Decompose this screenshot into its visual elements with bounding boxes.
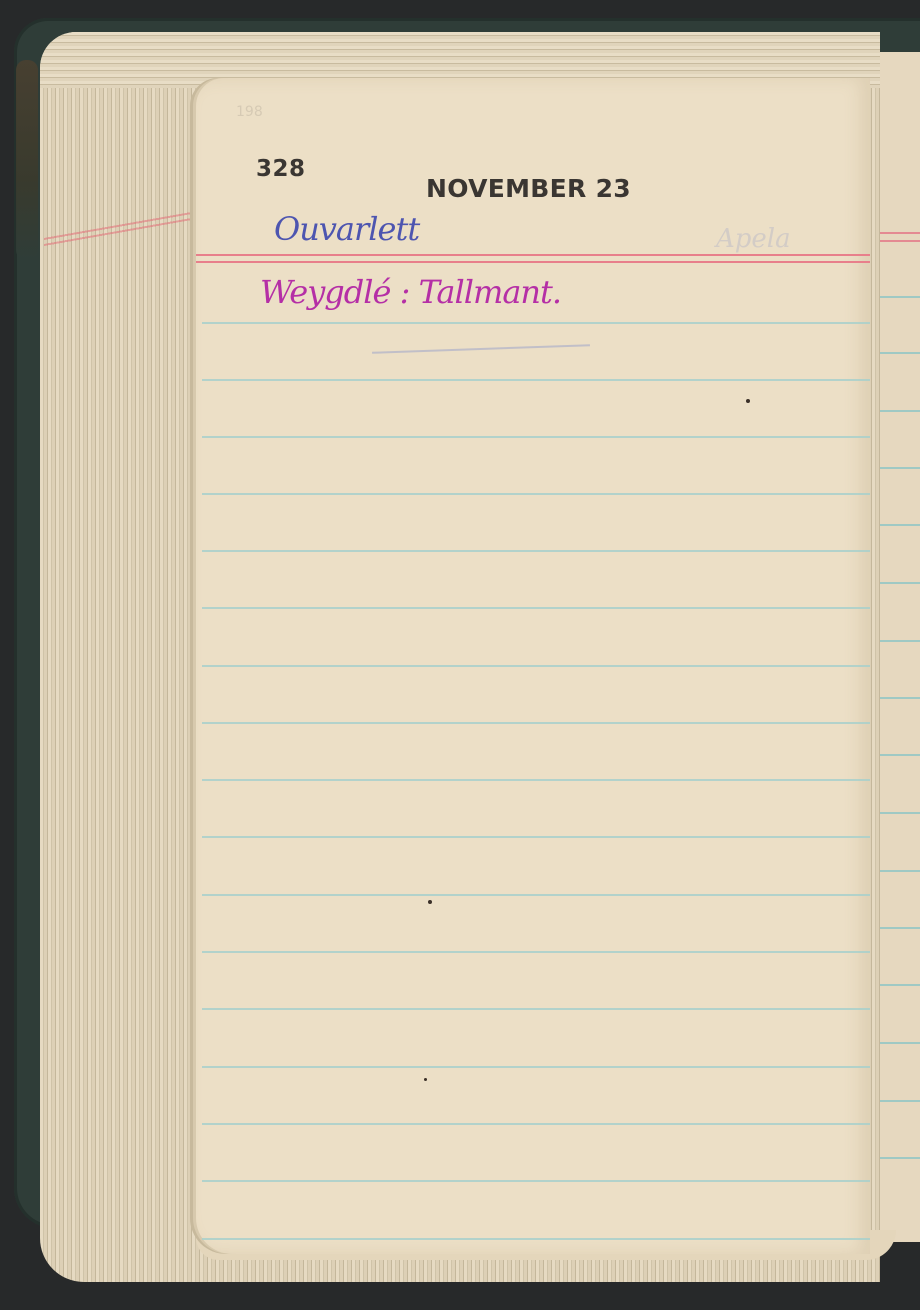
ruled-line [202, 722, 870, 724]
handwritten-entry-magenta: Weygdlé : Tallmant. [260, 273, 561, 311]
ruled-line [202, 322, 870, 324]
ruled-line [202, 894, 870, 896]
ruled-line [202, 951, 870, 953]
ruled-line [202, 550, 870, 552]
page-stack-red-rule [44, 208, 214, 278]
ruled-line [202, 1180, 870, 1182]
cover-wear [16, 60, 38, 260]
page-number: 328 [256, 156, 306, 182]
red-rule-bottom [196, 261, 870, 263]
diary-page: 198 328 NOVEMBER 23 Apela Ouvarlett Weyg… [196, 78, 870, 1254]
ruled-line [202, 379, 870, 381]
ruled-line [202, 607, 870, 609]
ruled-line [202, 1238, 870, 1240]
ruled-line [202, 1008, 870, 1010]
paper-speck [746, 399, 750, 403]
date-heading: NOVEMBER 23 [426, 174, 631, 203]
faint-pencil-note: Apela [716, 224, 791, 254]
ruled-line [202, 1066, 870, 1068]
paper-speck [428, 900, 432, 904]
ruled-line [202, 493, 870, 495]
ruled-line [202, 665, 870, 667]
paper-speck [424, 1078, 427, 1081]
ruled-line [202, 779, 870, 781]
show-through-page-number: 198 [236, 104, 263, 120]
ruled-line [202, 836, 870, 838]
handwritten-entry-blue: Ouvarlett [274, 210, 419, 248]
red-rule-top [196, 254, 870, 256]
ruled-line [202, 436, 870, 438]
pencil-underline [372, 344, 590, 354]
ruled-line [202, 1123, 870, 1125]
